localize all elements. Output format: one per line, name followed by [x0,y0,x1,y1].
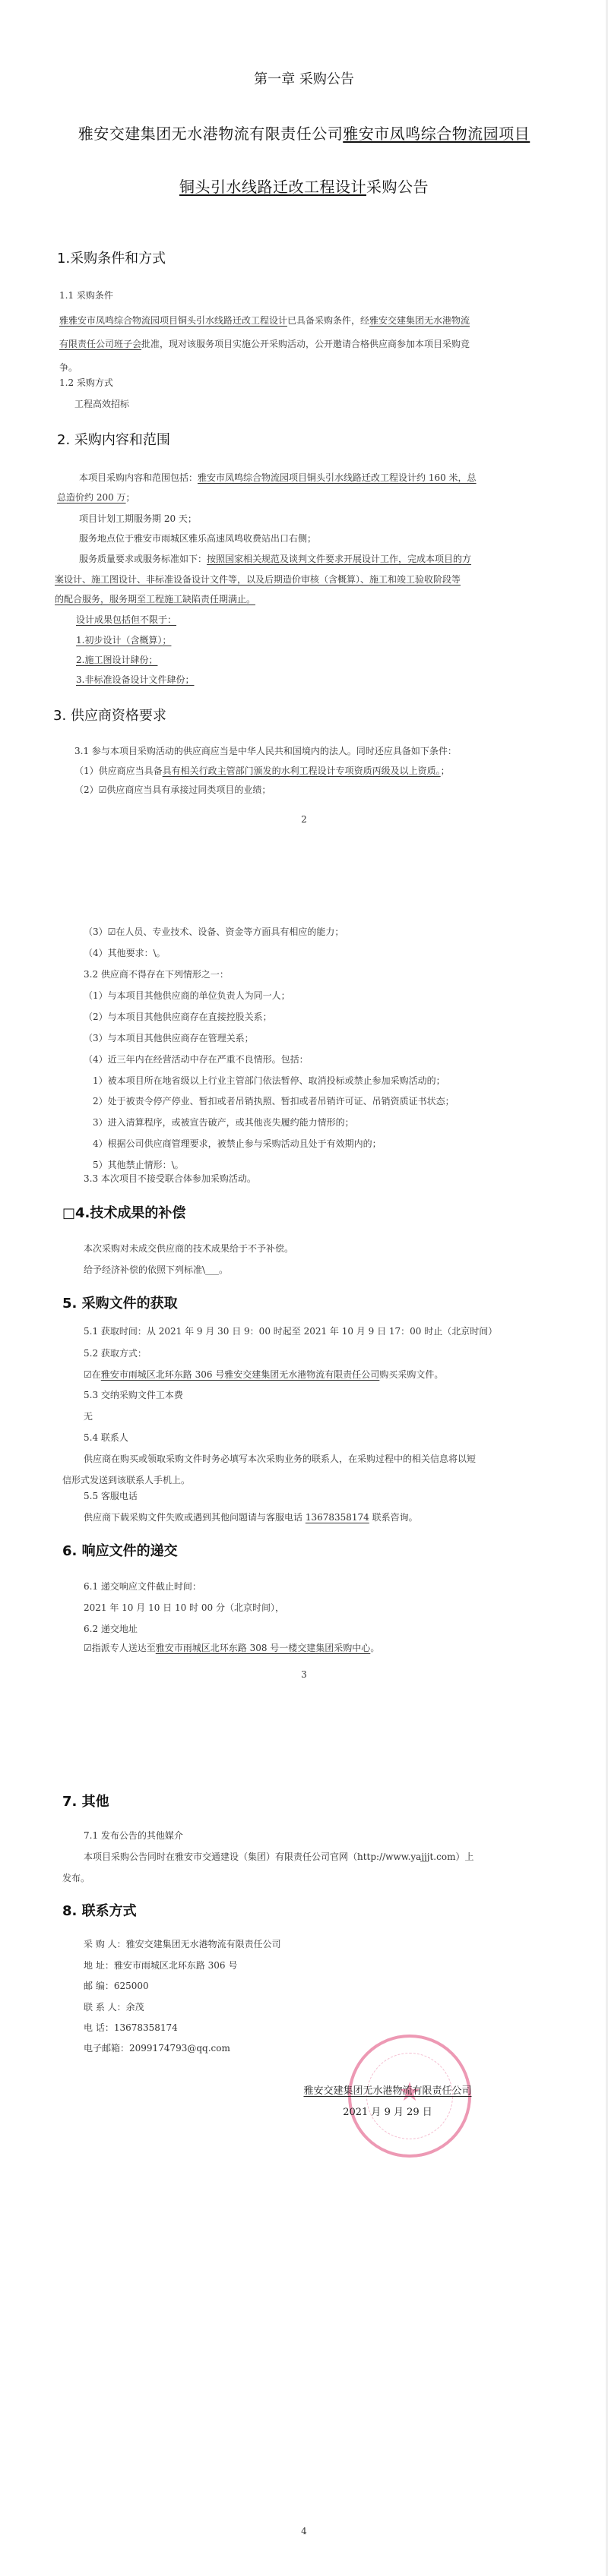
contact-row: 电 话：13678358174 [84,2022,178,2033]
text: ； [441,766,450,776]
value: 雅安市雨城区北环东路 306 号 [114,1960,238,1971]
document-title-line-1: 雅安交建集团无水港物流有限责任公司雅安市凤鸣综合物流园项目 [0,122,608,144]
section-1-1-para-line-1: 雅雅安市凤鸣综合物流园项目铜头引水线路迁改工程设计已具备采购条件，经雅安交建集团… [59,315,470,326]
condition-3: （3）☑在人员、专业技术、设备、资金等方面具有相应的能力； [84,927,344,937]
section-8-heading: 8. 联系方式 [62,1900,137,1920]
value: 2099174793@qq.com [129,2043,230,2054]
text: 供应商下载采购文件失败或遇到其他问题请与客服电话 [84,1512,306,1523]
text: 。 [370,1643,379,1653]
text: 购买采购文件。 [379,1369,443,1380]
total-cost: 总造价约 200 万 [57,492,126,503]
project-name: 雅雅安市凤鸣综合物流园项目铜头引水线路迁改工程设计 [59,315,287,326]
section-4-heading: □4.技术成果的补偿 [62,1202,185,1222]
section-3-heading: 3. 供应商资格要求 [53,705,166,724]
title-org: 雅安交建集团无水港物流有限责任公司 [78,125,344,143]
qualification: 具有相关行政主管部门颁发的水利工程设计专项资质丙级及以上资质。 [163,766,441,776]
section-5-heading: 5. 采购文件的获取 [62,1293,178,1312]
exclusion-item: （4）近三年内在经营活动中存在严重不良情形。包括： [84,1054,309,1065]
chapter-title: 第一章 采购公告 [0,68,608,88]
company-name: 雅安交建集团无水港物流有限责任公司 [303,2085,471,2097]
text: 设计成果包括但不限于： [76,614,176,625]
deliverable-item: 1.初步设计（含概算）； [76,635,171,646]
checkbox-checked-icon: ☑在 [84,1369,101,1380]
value: 13678358174 [114,2022,178,2033]
procurement-method: 工程高效招标 [74,399,129,409]
title-project: 雅安市凤鸣综合物流园项目 [343,125,530,143]
text: （1）供应商应当具备 [74,766,163,776]
address: 雅安市雨城区北环东路 306 号雅安交建集团无水港物流有限责任公司 [101,1369,380,1380]
section-1-1-para-line-3: 争。 [59,362,78,373]
exclusion-subitem: 4）根据公司供应商管理要求，被禁止参与采购活动且处于有效期内的； [93,1138,382,1149]
signature-company: 雅安交建集团无水港物流有限责任公司 [228,2082,547,2097]
text: 本项目采购内容和范围包括： [79,472,198,483]
acquisition-method-label: 5.2 获取方式： [84,1348,147,1359]
submission-address: ☑指派专人送达至雅安市雨城区北环东路 308 号一楼交建集团采购中心。 [84,1643,379,1653]
checkbox-checked-icon: ☑指派专人送达至 [84,1643,156,1653]
value: 雅安交建集团无水港物流有限责任公司 [126,1939,281,1949]
text: 3.非标准设备设计文件肆份； [76,674,194,685]
contact-note-line-2: 信形式发送到该联系人手机上。 [62,1475,190,1485]
quality-value: 按照国家相关规范及谈判文件要求开展设计工作，完成本项目的方 [207,554,471,564]
contact-row: 电子邮箱：2099174793@qq.com [84,2043,230,2054]
section-1-2-label: 1.2 采购方式 [59,377,113,388]
hotline-label: 5.5 客服电话 [84,1491,138,1501]
section-2-heading: 2. 采购内容和范围 [57,429,170,449]
compensation-line-1: 本次采购对未成交供应商的技术成果给于不予补偿。 [84,1243,293,1254]
page-number: 4 [0,2526,608,2537]
scope-line-2: 总造价约 200 万； [57,492,135,503]
text: 批准，现对该服务项目实施公开采购活动，公开邀请合格供应商参加本项目采购竞 [141,339,470,349]
section-1-heading: 1.采购条件和方式 [57,248,166,267]
hotline-text: 供应商下载采购文件失败或遇到其他问题请与客服电话 13678358174 联系咨… [84,1512,418,1523]
exclusion-subitem: 3）进入清算程序，或被宣告破产，或其他丧失履约能力情形的； [93,1117,354,1128]
fee-label: 5.3 交纳采购文件工本费 [84,1390,183,1400]
acquisition-method: ☑在雅安市雨城区北环东路 306 号雅安交建集团无水港物流有限责任公司购买采购文… [84,1369,443,1380]
deliverable-item: 3.非标准设备设计文件肆份； [76,674,194,685]
signature-date: 2021 月 9 月 29 日 [228,2104,547,2118]
compensation-line-2: 给予经济补偿的依照下列标准\___。 [84,1264,228,1275]
media-line-1: 本项目采购公告同时在雅安市交通建设（集团）有限责任公司官网（http://www… [84,1851,473,1862]
contact-note-line-1: 供应商在购买或领取采购文件时务必填写本次采购业务的联系人，在采购过程中的相关信息… [84,1454,476,1464]
fee-value: 无 [84,1411,93,1422]
exclusion-item: （3）与本项目其他供应商存在管理关系； [84,1033,254,1043]
quality-value: 案设计、施工图设计、非标准设备设计文件等，以及后期造价审核（含概算）、施工和竣工… [55,574,461,585]
service-location: 服务地点位于雅安市雨城区雅乐高速凤鸣收费站出口右侧； [79,533,316,544]
requirement-3-3: 3.3 本次项目不接受联合体参加采购活动。 [84,1173,256,1184]
document-title-line-2: 铜头引水线路迁改工程设计采购公告 [0,175,608,197]
approver: 有限责任公司班子会 [59,339,141,349]
exclusion-item: （1）与本项目其他供应商的单位负责人为同一人； [84,990,290,1001]
label: 邮 编： [84,1981,114,1991]
text: 1.初步设计（含概算）； [76,635,171,646]
exclusion-item: （2）与本项目其他供应商存在直接控股关系； [84,1012,272,1022]
condition-4: （4）其他要求：\。 [84,948,166,958]
title-project-cont: 铜头引水线路迁改工程设计 [179,178,366,196]
contact-label: 5.4 联系人 [84,1432,128,1443]
value: 余茂 [126,2002,144,2012]
section-1-1-para-line-2: 有限责任公司班子会批准，现对该服务项目实施公开采购活动，公开邀请合格供应商参加本… [59,339,470,349]
label: 联 系 人： [84,2002,126,2012]
page-number: 3 [0,1669,608,1680]
condition-1: （1）供应商应当具备具有相关行政主管部门颁发的水利工程设计专项资质丙级及以上资质… [74,766,450,776]
scope-line-1: 本项目采购内容和范围包括：雅安市凤鸣综合物流园项目铜头引水线路迁改工程设计约 1… [79,472,477,483]
quality-line-3: 的配合服务，服务期至工程施工缺陷责任期满止。 [55,594,255,605]
text: 已具备采购条件，经 [287,315,369,326]
text: ； [126,492,135,503]
hotline-number: 13678358174 [306,1512,369,1523]
submission-address-label: 6.2 递交地址 [84,1624,138,1634]
condition-2: （2）☑供应商应当具有承接过同类项目的业绩； [74,784,271,795]
acquisition-time: 5.1 获取时间：从 2021 年 9 月 30 日 9：00 时起至 2021… [84,1326,497,1337]
section-1-1-label: 1.1 采购条件 [59,290,113,301]
label: 电 话： [84,2022,114,2033]
deliverable-item: 2.施工图设计肆份； [76,655,157,665]
section-6-heading: 6. 响应文件的递交 [62,1540,178,1560]
section-7-heading: 7. 其他 [62,1791,109,1810]
quality-line-1: 服务质量要求或服务标准如下：按照国家相关规范及谈判文件要求开展设计工作，完成本项… [79,554,471,564]
text: 联系咨询。 [369,1512,418,1523]
deadline-label: 6.1 递交响应文件截止时间： [84,1581,201,1592]
contact-row: 地 址：雅安市雨城区北环东路 306 号 [84,1960,237,1971]
requirement-3-2: 3.2 供应商不得存在下列情形之一： [84,969,229,980]
media-label: 7.1 发布公告的其他媒介 [84,1830,183,1841]
media-line-2: 发布。 [62,1873,90,1883]
contact-row: 采 购 人：雅安交建集团无水港物流有限责任公司 [84,1939,281,1949]
exclusion-subitem: 5）其他禁止情形：\。 [93,1160,184,1170]
text: 2.施工图设计肆份； [76,655,157,665]
contact-row: 联 系 人：余茂 [84,2002,144,2012]
page-number: 2 [0,814,608,825]
requirement-3-1: 3.1 参与本项目采购活动的供应商应当是中华人民共和国境内的法人。同时还应具备如… [74,746,457,756]
deliverables-intro: 设计成果包括但不限于： [76,614,176,625]
service-period: 项目计划工期服务期 20 天； [79,513,197,524]
label: 采 购 人： [84,1939,126,1949]
quality-value: 的配合服务，服务期至工程施工缺陷责任期满止。 [55,594,255,605]
exclusion-subitem: 2）处于被责令停产停业、暂扣或者吊销执照、暂扣或者吊销许可证、吊销资质证书状态； [93,1096,454,1106]
deadline-value: 2021 年 10 月 10 日 10 时 00 分（北京时间）， [84,1602,284,1613]
value: 625000 [114,1981,149,1991]
title-suffix: 采购公告 [366,178,429,196]
contact-row: 邮 编：625000 [84,1981,149,1991]
label: 电子邮箱： [84,2043,129,2054]
exclusion-subitem: 1）被本项目所在地省级以上行业主管部门依法暂停、取消投标或禁止参加采购活动的； [93,1075,445,1086]
quality-line-2: 案设计、施工图设计、非标准设备设计文件等，以及后期造价审核（含概算）、施工和竣工… [55,574,461,585]
text: 服务质量要求或服务标准如下： [79,554,207,564]
scope-value: 雅安市凤鸣综合物流园项目铜头引水线路迁改工程设计约 160 米，总 [198,472,477,483]
label: 地 址： [84,1960,114,1971]
company-name: 雅安交建集团无水港物流 [369,315,470,326]
address: 雅安市雨城区北环东路 308 号一楼交建集团采购中心 [156,1643,371,1653]
